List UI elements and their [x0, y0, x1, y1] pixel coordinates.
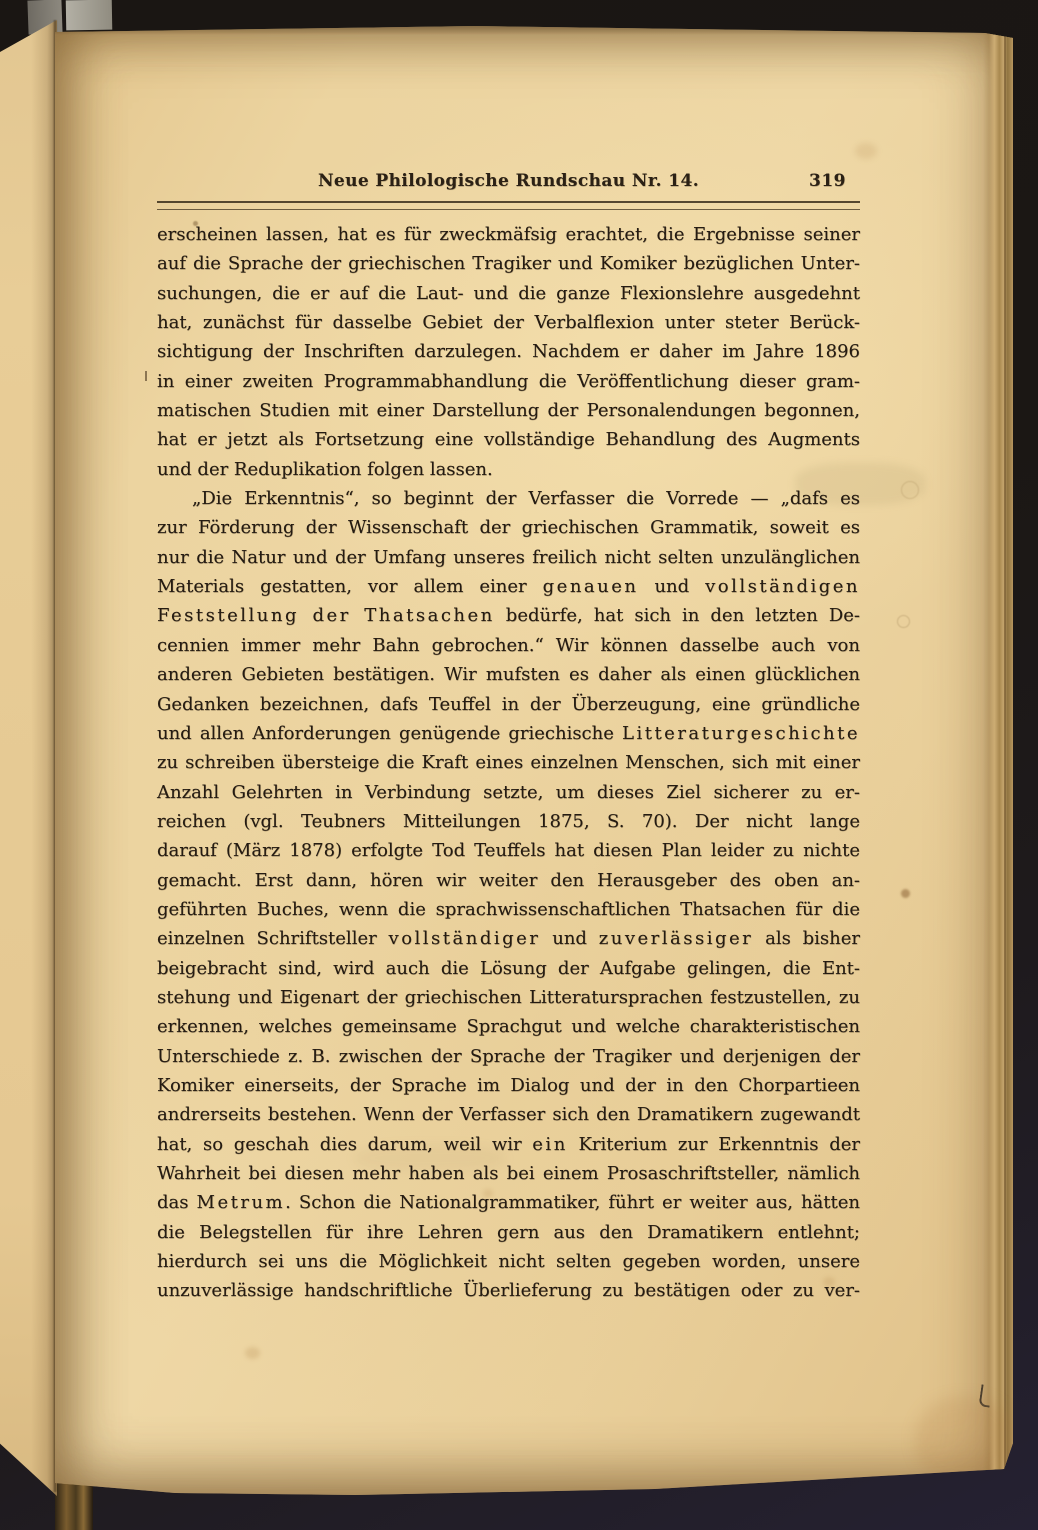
- text-line: Unterschiede z. B. zwischen der Sprache …: [157, 1042, 860, 1071]
- text-line: auf die Sprache der griechischen Tragike…: [157, 249, 860, 278]
- text-line: matischen Studien mit einer Darstellung …: [157, 396, 860, 425]
- text-line: zur Förderung der Wissenschaft der griec…: [157, 513, 860, 542]
- text-line: Anzahl Gelehrten in Verbindung setzte, u…: [157, 778, 860, 807]
- text-segment: sichtigung der Inschriften darzulegen. N…: [157, 341, 860, 362]
- text-line: unzuverlässige handschriftliche Überlief…: [157, 1276, 860, 1305]
- text-line: Materials gestatten, vor allem einer gen…: [157, 572, 860, 601]
- text-segment: Wahrheit bei diesen mehr haben als bei e…: [157, 1163, 860, 1184]
- scanned-book-photo: { "page": { "header": { "journal_title":…: [0, 0, 1038, 1530]
- text-line: hat, zunächst für dasselbe Gebiet der Ve…: [157, 308, 860, 337]
- text-segment: . Schon die Nationalgrammatiker, führt e…: [285, 1192, 860, 1213]
- header-double-rule: [157, 201, 860, 210]
- text-line: Komiker einerseits, der Sprache im Dialo…: [157, 1071, 860, 1100]
- text-line: in einer zweiten Programmabhandlung die …: [157, 367, 860, 396]
- text-line: anderen Gebieten bestätigen. Wir mufsten…: [157, 660, 860, 689]
- text-segment: hat, so geschah dies darum, weil wir: [157, 1134, 532, 1155]
- text-segment: und allen Anforderungen genügende griech…: [157, 723, 622, 744]
- page-edge-line: [1004, 25, 1006, 1497]
- text-segment: Komiker einerseits, der Sprache im Dialo…: [157, 1075, 860, 1096]
- text-segment: „Die Erkenntnis“, so beginnt der Verfass…: [192, 488, 860, 509]
- book-page: Neue Philologische Rundschau Nr. 14. 319…: [55, 25, 1013, 1497]
- text-segment: auf die Sprache der griechischen Tragike…: [157, 253, 860, 274]
- text-line: Gedanken bezeichnen, dafs Teuffel in der…: [157, 690, 860, 719]
- text-line: hat, so geschah dies darum, weil wir ein…: [157, 1130, 860, 1159]
- text-segment: bedürfe, hat sich in den letzten De-: [495, 605, 860, 626]
- text-segment: beigebracht sind, wird auch die Lösung d…: [157, 958, 860, 979]
- text-segment: Anzahl Gelehrten in Verbindung setzte, u…: [157, 782, 860, 803]
- facing-page-strip: [0, 0, 57, 1496]
- text-segment: Materials gestatten, vor allem einer: [157, 576, 543, 597]
- text-segment: die Belegstellen für ihre Lehren gern au…: [157, 1222, 860, 1243]
- text-line: hierdurch sei uns die Möglichkeit nicht …: [157, 1247, 860, 1276]
- text-segment: hat, zunächst für dasselbe Gebiet der Ve…: [157, 312, 860, 333]
- stain-spot: [245, 1347, 260, 1359]
- text-segment: zu schreiben übersteige die Kraft eines …: [157, 752, 860, 773]
- text-line: Feststellung der Thatsachen bedürfe, hat…: [157, 601, 860, 630]
- text-segment: erscheinen lassen, hat es für zweckmäfsi…: [157, 224, 860, 245]
- text-segment: erkennen, welches gemeinsame Sprachgut u…: [157, 1016, 860, 1037]
- text-segment: anderen Gebieten bestätigen. Wir mufsten…: [157, 664, 860, 685]
- text-segment: reichen (vgl. Teubners Mitteilungen 1875…: [157, 811, 860, 832]
- text-segment: und: [638, 576, 705, 597]
- text-line: nur die Natur und der Umfang unseres fre…: [157, 543, 860, 572]
- letterspaced-text: zuverlässiger: [599, 928, 754, 949]
- stain-spot: [901, 889, 910, 898]
- letterspaced-text: Metrum: [197, 1192, 286, 1213]
- text-line: und allen Anforderungen genügende griech…: [157, 719, 860, 748]
- page-top-edge-shadow: [55, 25, 1013, 35]
- text-line: andrerseits bestehen. Wenn der Verfasser…: [157, 1100, 860, 1129]
- text-segment: andrerseits bestehen. Wenn der Verfasser…: [157, 1104, 860, 1125]
- text-line: Wahrheit bei diesen mehr haben als bei e…: [157, 1159, 860, 1188]
- text-line: suchungen, die er auf die Laut- und die …: [157, 279, 860, 308]
- letterspaced-text: genauen: [543, 576, 639, 597]
- page-number: 319: [809, 171, 846, 191]
- text-segment: das: [157, 1192, 197, 1213]
- text-segment: nur die Natur und der Umfang unseres fre…: [157, 547, 860, 568]
- text-line: erkennen, welches gemeinsame Sprachgut u…: [157, 1012, 860, 1041]
- text-segment: matischen Studien mit einer Darstellung …: [157, 400, 860, 421]
- stain-spot: [855, 143, 877, 159]
- text-line: stehung und Eigenart der griechischen Li…: [157, 983, 860, 1012]
- text-segment: suchungen, die er auf die Laut- und die …: [157, 283, 860, 304]
- journal-title: Neue Philologische Rundschau Nr. 14.: [318, 171, 699, 191]
- text-segment: stehung und Eigenart der griechischen Li…: [157, 987, 860, 1008]
- text-segment: gemacht. Erst dann, hören wir weiter den…: [157, 870, 860, 891]
- text-segment: geführten Buches, wenn die sprachwissens…: [157, 899, 860, 920]
- text-line: gemacht. Erst dann, hören wir weiter den…: [157, 866, 860, 895]
- text-segment: in einer zweiten Programmabhandlung die …: [157, 371, 860, 392]
- letterspaced-text: Litteraturgeschichte: [622, 723, 860, 744]
- text-line: beigebracht sind, wird auch die Lösung d…: [157, 954, 860, 983]
- binding-tab-light: [66, 0, 113, 30]
- print-area: Neue Philologische Rundschau Nr. 14. 319…: [157, 171, 860, 1306]
- running-head: Neue Philologische Rundschau Nr. 14. 319: [157, 171, 860, 197]
- letterspaced-text: vollständiger: [389, 928, 541, 949]
- text-line: cennien immer mehr Bahn gebrochen.“ Wir …: [157, 631, 860, 660]
- page-block-edges: [983, 25, 1013, 1497]
- text-segment: als bisher: [753, 928, 860, 949]
- text-segment: zur Förderung der Wissenschaft der griec…: [157, 517, 860, 538]
- text-segment: cennien immer mehr Bahn gebrochen.“ Wir …: [157, 635, 860, 656]
- text-line: zu schreiben übersteige die Kraft eines …: [157, 748, 860, 777]
- stain-spot: [901, 481, 919, 499]
- text-line: erscheinen lassen, hat es für zweckmäfsi…: [157, 220, 860, 249]
- text-segment: und der Reduplikation folgen lassen.: [157, 459, 493, 480]
- text-line: „Die Erkenntnis“, so beginnt der Verfass…: [157, 484, 860, 513]
- text-line: hat er jetzt als Fortsetzung eine vollst…: [157, 425, 860, 454]
- text-segment: Unterschiede z. B. zwischen der Sprache …: [157, 1046, 860, 1067]
- text-line: reichen (vgl. Teubners Mitteilungen 1875…: [157, 807, 860, 836]
- text-segment: Kriterium zur Erkenntnis der: [568, 1134, 860, 1155]
- text-segment: darauf (März 1878) erfolgte Tod Teuffels…: [157, 840, 860, 861]
- text-segment: und: [540, 928, 598, 949]
- text-segment: einzelnen Schriftsteller: [157, 928, 389, 949]
- text-segment: unzuverlässige handschriftliche Überlief…: [157, 1280, 860, 1301]
- text-line: einzelnen Schriftsteller vollständiger u…: [157, 924, 860, 953]
- text-line: darauf (März 1878) erfolgte Tod Teuffels…: [157, 836, 860, 865]
- text-line: sichtigung der Inschriften darzulegen. N…: [157, 337, 860, 366]
- letterspaced-text: vollständigen: [705, 576, 860, 597]
- text-segment: hierdurch sei uns die Möglichkeit nicht …: [157, 1251, 860, 1272]
- text-line: die Belegstellen für ihre Lehren gern au…: [157, 1218, 860, 1247]
- letterspaced-text: Feststellung der Thatsachen: [157, 605, 495, 626]
- page-body-text: erscheinen lassen, hat es für zweckmäfsi…: [157, 220, 860, 1306]
- text-line: und der Reduplikation folgen lassen.: [157, 455, 860, 484]
- binding-tail: [55, 1482, 93, 1530]
- stain-spot: [897, 615, 910, 628]
- margin-mark: [145, 371, 147, 381]
- text-segment: hat er jetzt als Fortsetzung eine vollst…: [157, 429, 860, 450]
- text-segment: Gedanken bezeichnen, dafs Teuffel in der…: [157, 694, 860, 715]
- text-line: das Metrum. Schon die Nationalgrammatike…: [157, 1188, 860, 1217]
- letterspaced-text: ein: [532, 1134, 568, 1155]
- text-line: geführten Buches, wenn die sprachwissens…: [157, 895, 860, 924]
